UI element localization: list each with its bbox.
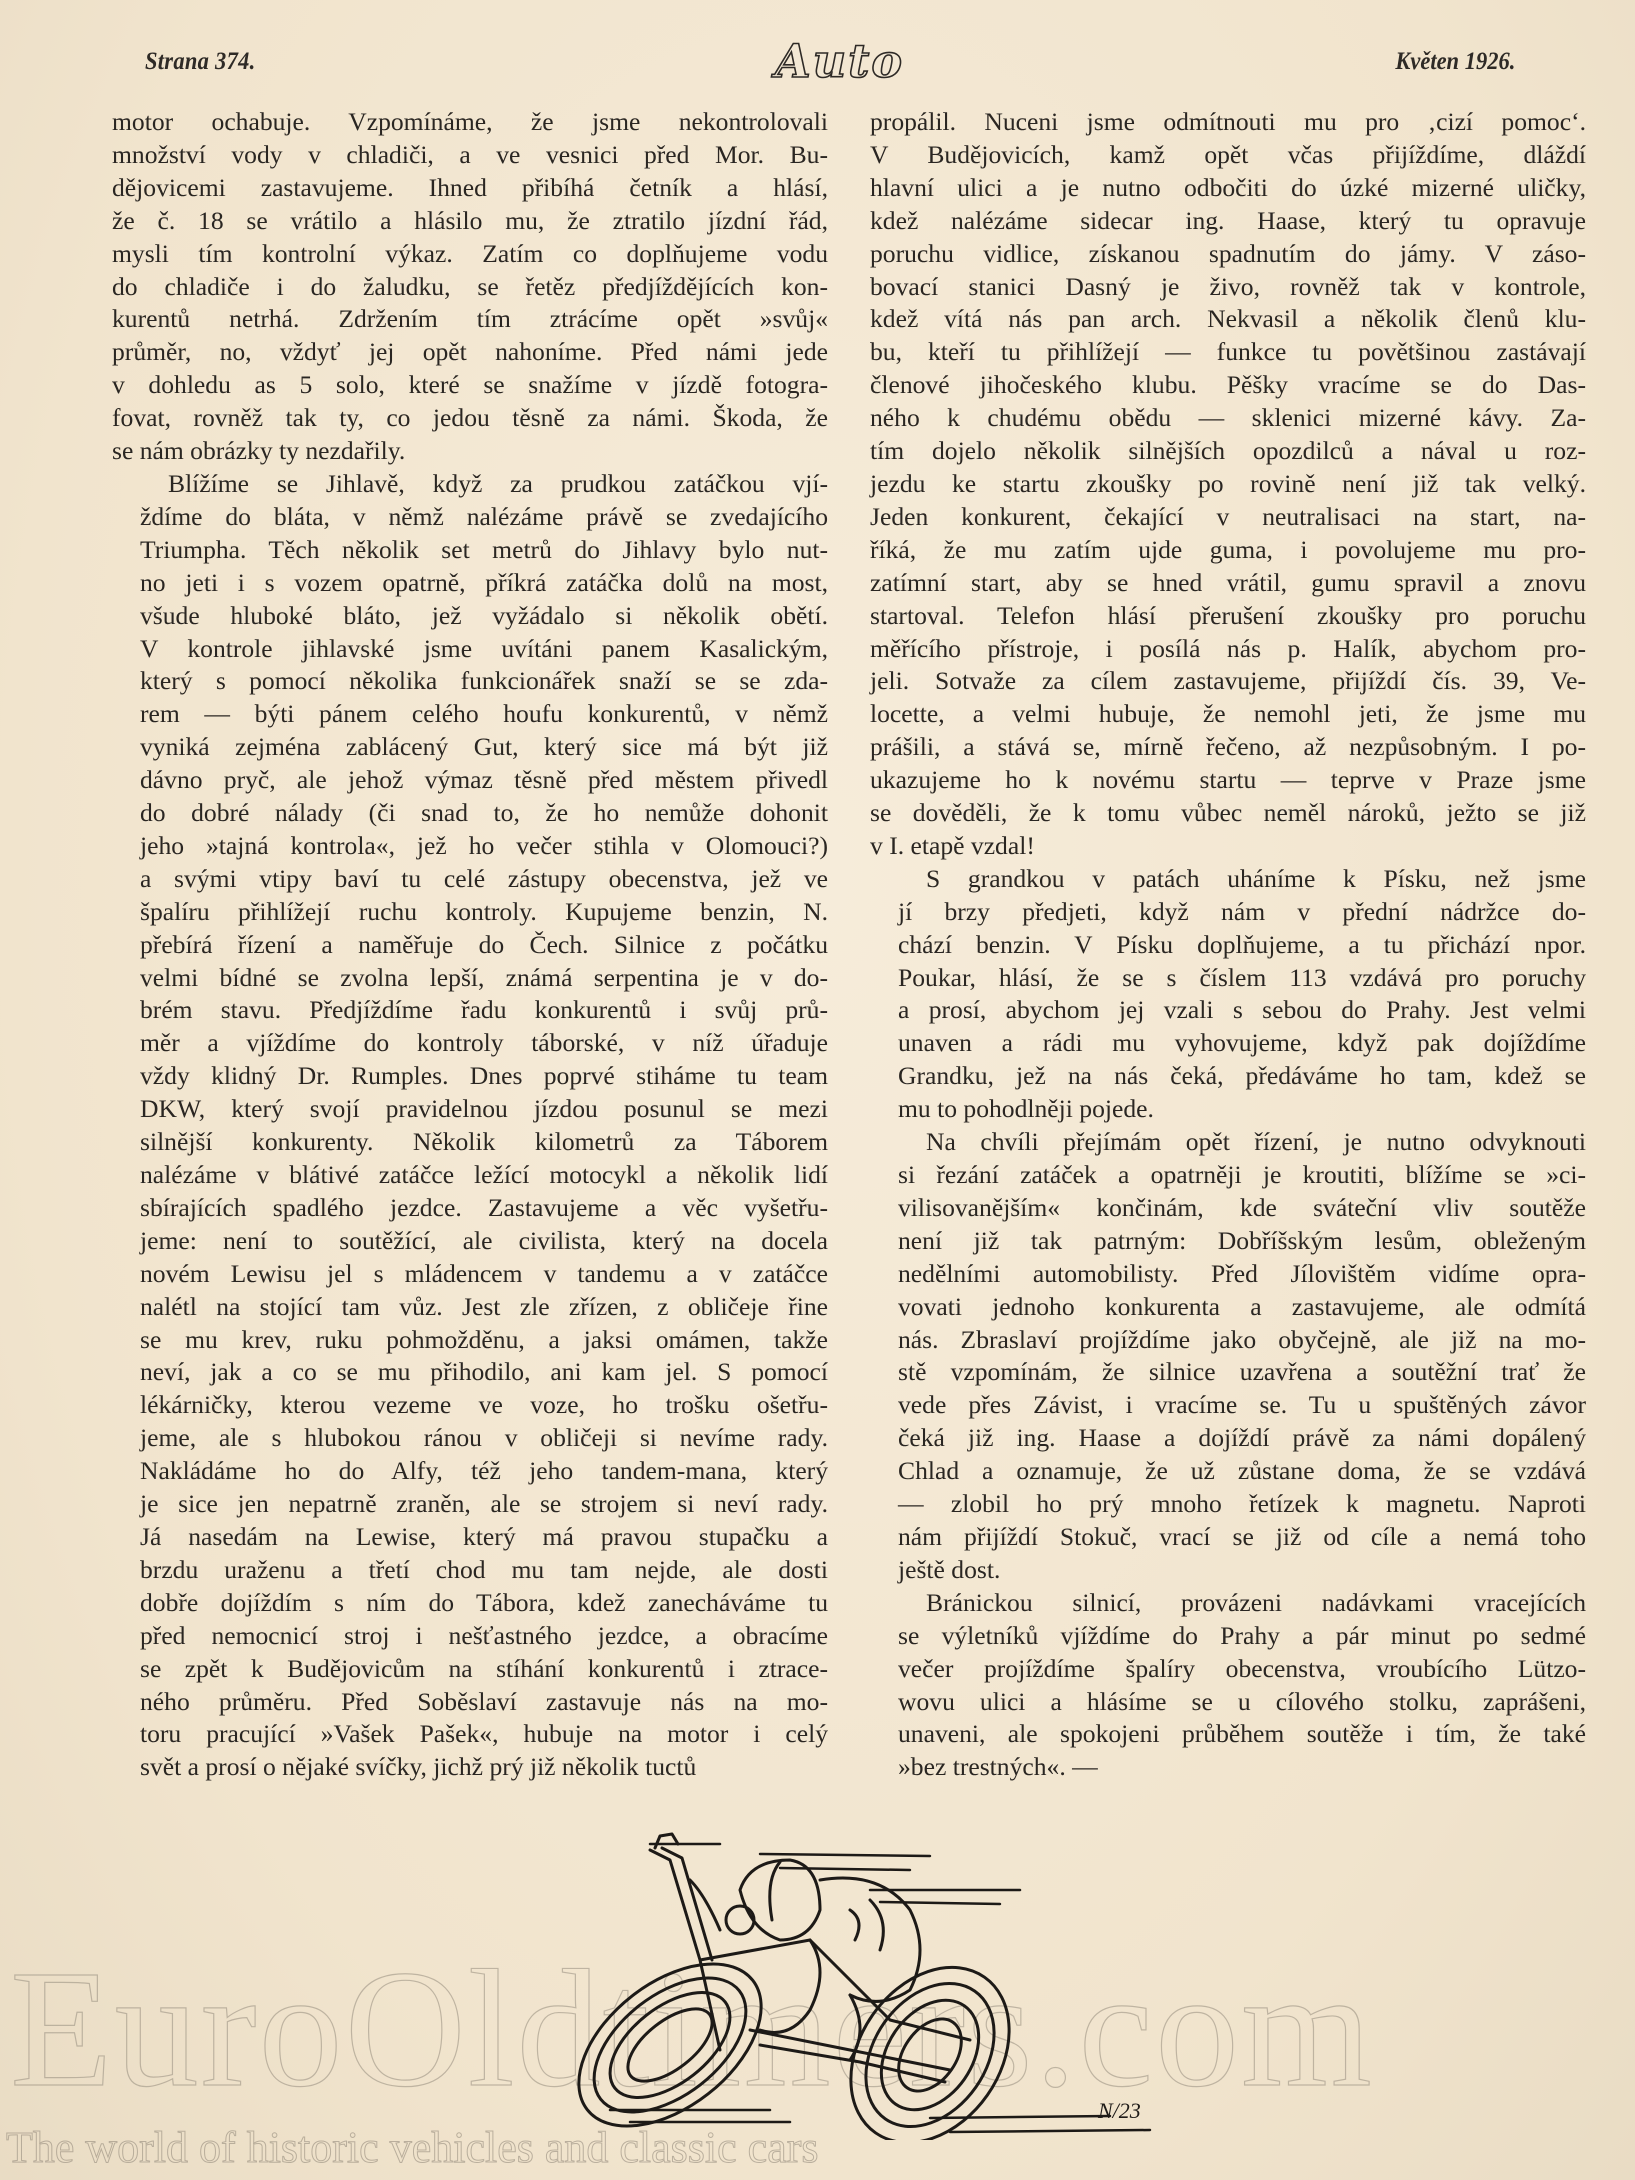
text-line: a prosí, abychom jej vzali s sebou do Pr… (870, 994, 1586, 1027)
text-line: dávno pryč, ale jehož výmaz těsně před m… (112, 764, 828, 797)
watermark-tagline: The world of historic vehicles and class… (6, 2126, 819, 2170)
article-column-right: propálil. Nuceni jsme odmítnouti mu pro … (870, 106, 1586, 1784)
text-line: jeme, ale s hlubokou ránou v obličeji si… (112, 1422, 828, 1455)
text-line: locette, a velmi hubuje, že nemohl jeti,… (870, 698, 1586, 731)
text-line: poruchu vidlice, získanou spadnutím do j… (870, 238, 1586, 271)
text-line: bovací stanici Dasný je živo, rovněž tak… (870, 271, 1586, 304)
text-line: V Budějovicích, kamž opět včas přijíždím… (870, 139, 1586, 172)
rear-wheel-icon (818, 1937, 1042, 2140)
text-line: brzdu uraženu a třetí chod mu tam nejde,… (112, 1554, 828, 1587)
text-line: měr a vjíždíme do kontroly táborské, v n… (112, 1027, 828, 1060)
text-line: je sice jen nepatrně zraněn, ale se stro… (112, 1488, 828, 1521)
text-line: přebírá řízení a naměřuje do Čech. Silni… (112, 929, 828, 962)
text-line: ného k chudému obědu — sklenici mizerné … (870, 402, 1586, 435)
text-line: propálil. Nuceni jsme odmítnouti mu pro … (870, 106, 1586, 139)
text-line: stě vzpomínám, že silnice uzavřena a sou… (870, 1356, 1586, 1389)
text-line: nalétl na stojící tam vůz. Jest zle zříz… (112, 1291, 828, 1324)
text-line: se dověděli, že k tomu vůbec neměl nárok… (870, 797, 1586, 830)
artist-signature: N/23 (1097, 2098, 1141, 2123)
text-line: motor ochabuje. Vzpomínáme, že jsme neko… (112, 106, 828, 139)
page-header: Strana 374. Auto Květen 1926. (0, 40, 1635, 100)
page-number: Strana 374. (145, 48, 256, 76)
text-line: nedělními automobilisty. Před Jílovištěm… (870, 1258, 1586, 1291)
article-paragraph: propálil. Nuceni jsme odmítnouti mu pro … (870, 106, 1586, 863)
text-line: sbírajících spadlého jezdce. Zastavujeme… (112, 1192, 828, 1225)
article-paragraph: motor ochabuje. Vzpomínáme, že jsme neko… (112, 106, 828, 468)
text-line: Grandku, jež na nás čeká, předáváme ho t… (870, 1060, 1586, 1093)
text-line: ždíme do bláta, v němž nalézáme právě se… (112, 501, 828, 534)
text-line: rem — býti pánem celého houfu konkurentů… (112, 698, 828, 731)
text-line: chází benzin. V Písku doplňujeme, a tu p… (870, 929, 1586, 962)
text-line: Chlad a oznamuje, že už zůstane doma, že… (870, 1455, 1586, 1488)
text-line: mu to pohodlněji pojede. (870, 1093, 1586, 1126)
text-line: večer projíždíme špalíry obecenstva, vro… (870, 1653, 1586, 1686)
text-line: se zpět k Budějovicům na stíhání konkure… (112, 1653, 828, 1686)
text-line: nalézáme v blátivé zatáčce ležící motocy… (112, 1159, 828, 1192)
text-line: toru pracující »Vašek Pašek«, hubuje na … (112, 1718, 828, 1751)
text-line: DKW, který svojí pravidelnou jízdou posu… (112, 1093, 828, 1126)
issue-date: Květen 1926. (1395, 48, 1515, 76)
text-line: do dobré nálady (či snad to, že ho nemůž… (112, 797, 828, 830)
motorcyclist-illustration: N/23 (550, 1800, 1170, 2140)
text-line: — zlobil ho prý mnoho řetízek k magnetu.… (870, 1488, 1586, 1521)
text-line: fovat, rovněž tak ty, co jedou těsně za … (112, 402, 828, 435)
text-line: Jeden konkurent, čekající v neutralisaci… (870, 501, 1586, 534)
text-line: S grandkou v patách uháníme k Písku, než… (870, 863, 1586, 896)
text-line: vede přes Závist, i vracíme se. Tu u spu… (870, 1389, 1586, 1422)
masthead-logo: Auto (775, 34, 904, 88)
text-line: velmi bídné se zvolna lepší, známá serpe… (112, 962, 828, 995)
text-line: Triumpha. Těch několik set metrů do Jihl… (112, 534, 828, 567)
text-line: členové jihočeského klubu. Pěšky vracíme… (870, 369, 1586, 402)
article-paragraph: Blížíme se Jihlavě, když za prudkou zatá… (112, 468, 828, 1784)
text-line: kurentů netrhá. Zdržením tím ztrácíme op… (112, 303, 828, 336)
text-line: vilisovanějším« končinám, kde sváteční v… (870, 1192, 1586, 1225)
text-line: průměr, no, vždyť jej opět nahoníme. Pře… (112, 336, 828, 369)
text-line: jeli. Sotvaže za cílem zastavujeme, přij… (870, 665, 1586, 698)
text-line: vždy klidný Dr. Rumples. Dnes poprvé sti… (112, 1060, 828, 1093)
text-line: nás. Zbraslaví projíždíme jako obyčejně,… (870, 1324, 1586, 1357)
text-line: zatímní start, aby se hned vrátil, gumu … (870, 567, 1586, 600)
text-line: jezdu ke startu zkoušky po rovině není j… (870, 468, 1586, 501)
text-line: tím dojelo několik silnějších opozdilců … (870, 435, 1586, 468)
text-line: Na chvíli přejímám opět řízení, je nutno… (870, 1126, 1586, 1159)
text-line: množství vody v chladiči, a ve vesnici p… (112, 139, 828, 172)
text-line: wovu ulici a hlásíme se u cílového stolk… (870, 1686, 1586, 1719)
text-line: silnější konkurenty. Několik kilometrů z… (112, 1126, 828, 1159)
text-line: ještě dost. (870, 1554, 1586, 1587)
text-line: kdež vítá nás pan arch. Nekvasil a někol… (870, 303, 1586, 336)
text-line: všude hluboké bláto, jež vyžádalo si něk… (112, 600, 828, 633)
text-line: brém stavu. Předjíždíme řadu konkurentů … (112, 994, 828, 1027)
text-line: hlavní ulici a je nutno odbočiti do úzké… (870, 172, 1586, 205)
text-line: unaveni, ale spokojeni průběhem soutěže … (870, 1718, 1586, 1751)
text-line: vyniká zejména zablácený Gut, který sice… (112, 731, 828, 764)
text-line: že č. 18 se vrátilo a hlásilo mu, že ztr… (112, 205, 828, 238)
text-line: do chladiče i do žaludku, se řetěz předj… (112, 271, 828, 304)
text-line: Blížíme se Jihlavě, když za prudkou zatá… (112, 468, 828, 501)
text-line: V kontrole jihlavské jsme uvítáni panem … (112, 633, 828, 666)
text-line: a svými vtipy baví tu celé zástupy obece… (112, 863, 828, 896)
text-line: mysli tím kontrolní výkaz. Zatím co dopl… (112, 238, 828, 271)
text-line: v I. etapě vzdal! (870, 830, 1586, 863)
text-line: startoval. Telefon hlásí přerušení zkouš… (870, 600, 1586, 633)
text-line: bu, kteří tu přihlížejí — funkce tu pově… (870, 336, 1586, 369)
text-line: Nakládáme ho do Alfy, též jeho tandem-ma… (112, 1455, 828, 1488)
text-line: Bránickou silnicí, provázeni nadávkami v… (870, 1587, 1586, 1620)
text-line: ného průměru. Před Soběslaví zastavuje n… (112, 1686, 828, 1719)
text-line: Poukar, hlásí, že se s číslem 113 vzdává… (870, 962, 1586, 995)
front-wheel-icon (550, 1931, 791, 2140)
text-line: no jeti i s vozem opatrně, příkrá zatáčk… (112, 567, 828, 600)
text-line: svět a prosí o nějaké svíčky, jichž prý … (112, 1751, 828, 1784)
article-paragraph: S grandkou v patách uháníme k Písku, než… (870, 863, 1586, 1126)
article-paragraph: Na chvíli přejímám opět řízení, je nutno… (870, 1126, 1586, 1587)
text-line: jeho »tajná kontrola«, jež ho večer stih… (112, 830, 828, 863)
text-line: špalíru přihlížejí ruchu kontroly. Kupuj… (112, 896, 828, 929)
text-line: jí brzy předjeti, když nám v přední nádr… (870, 896, 1586, 929)
text-line: měřícího přístroje, i posílá nás p. Halí… (870, 633, 1586, 666)
text-line: říká, že mu zatím ujde guma, i povolujem… (870, 534, 1586, 567)
text-line: neví, jak a co se mu přihodilo, ani kam … (112, 1356, 828, 1389)
text-line: se mu krev, ruku pohmožděnu, a jaksi omá… (112, 1324, 828, 1357)
article-column-left: motor ochabuje. Vzpomínáme, že jsme neko… (112, 106, 828, 1784)
text-line: vovati jednoho konkurenta a zastavujeme,… (870, 1291, 1586, 1324)
text-line: se nám obrázky ty nezdařily. (112, 435, 828, 468)
text-line: není již tak patrným: Dobříšským lesům, … (870, 1225, 1586, 1258)
text-line: unaven a rádi mu vyhovujeme, když pak do… (870, 1027, 1586, 1060)
text-line: Já nasedám na Lewise, který má pravou st… (112, 1521, 828, 1554)
text-line: nám přijíždí Stokuč, vrací se již od cíl… (870, 1521, 1586, 1554)
text-line: dobře dojíždím s ním do Tábora, kdež zan… (112, 1587, 828, 1620)
text-line: se výletníků vjíždíme do Prahy a pár min… (870, 1620, 1586, 1653)
text-line: »bez trestných«. — (870, 1751, 1586, 1784)
text-line: v dohledu as 5 solo, které se snažíme v … (112, 369, 828, 402)
text-line: čeká již ing. Haase a dojíždí právě za n… (870, 1422, 1586, 1455)
text-line: ukazujeme ho k novému startu — teprve v … (870, 764, 1586, 797)
text-line: prášili, a stává se, mírně řečeno, až ne… (870, 731, 1586, 764)
text-line: lékárničky, kterou vezeme ve voze, ho tr… (112, 1389, 828, 1422)
text-line: si řezání zatáček a opatrněji je kroutit… (870, 1159, 1586, 1192)
text-line: kdež nalézáme sidecar ing. Haase, který … (870, 205, 1586, 238)
text-line: dějovicemi zastavujeme. Ihned přibíhá če… (112, 172, 828, 205)
text-line: před nemocnicí stroj i nešťastného jezdc… (112, 1620, 828, 1653)
article-paragraph: Bránickou silnicí, provázeni nadávkami v… (870, 1587, 1586, 1784)
text-line: který s pomocí několika funkcionářek sna… (112, 665, 828, 698)
text-line: jeme: není to soutěžící, ale civilista, … (112, 1225, 828, 1258)
text-line: novém Lewisu jel s mládencem v tandemu a… (112, 1258, 828, 1291)
